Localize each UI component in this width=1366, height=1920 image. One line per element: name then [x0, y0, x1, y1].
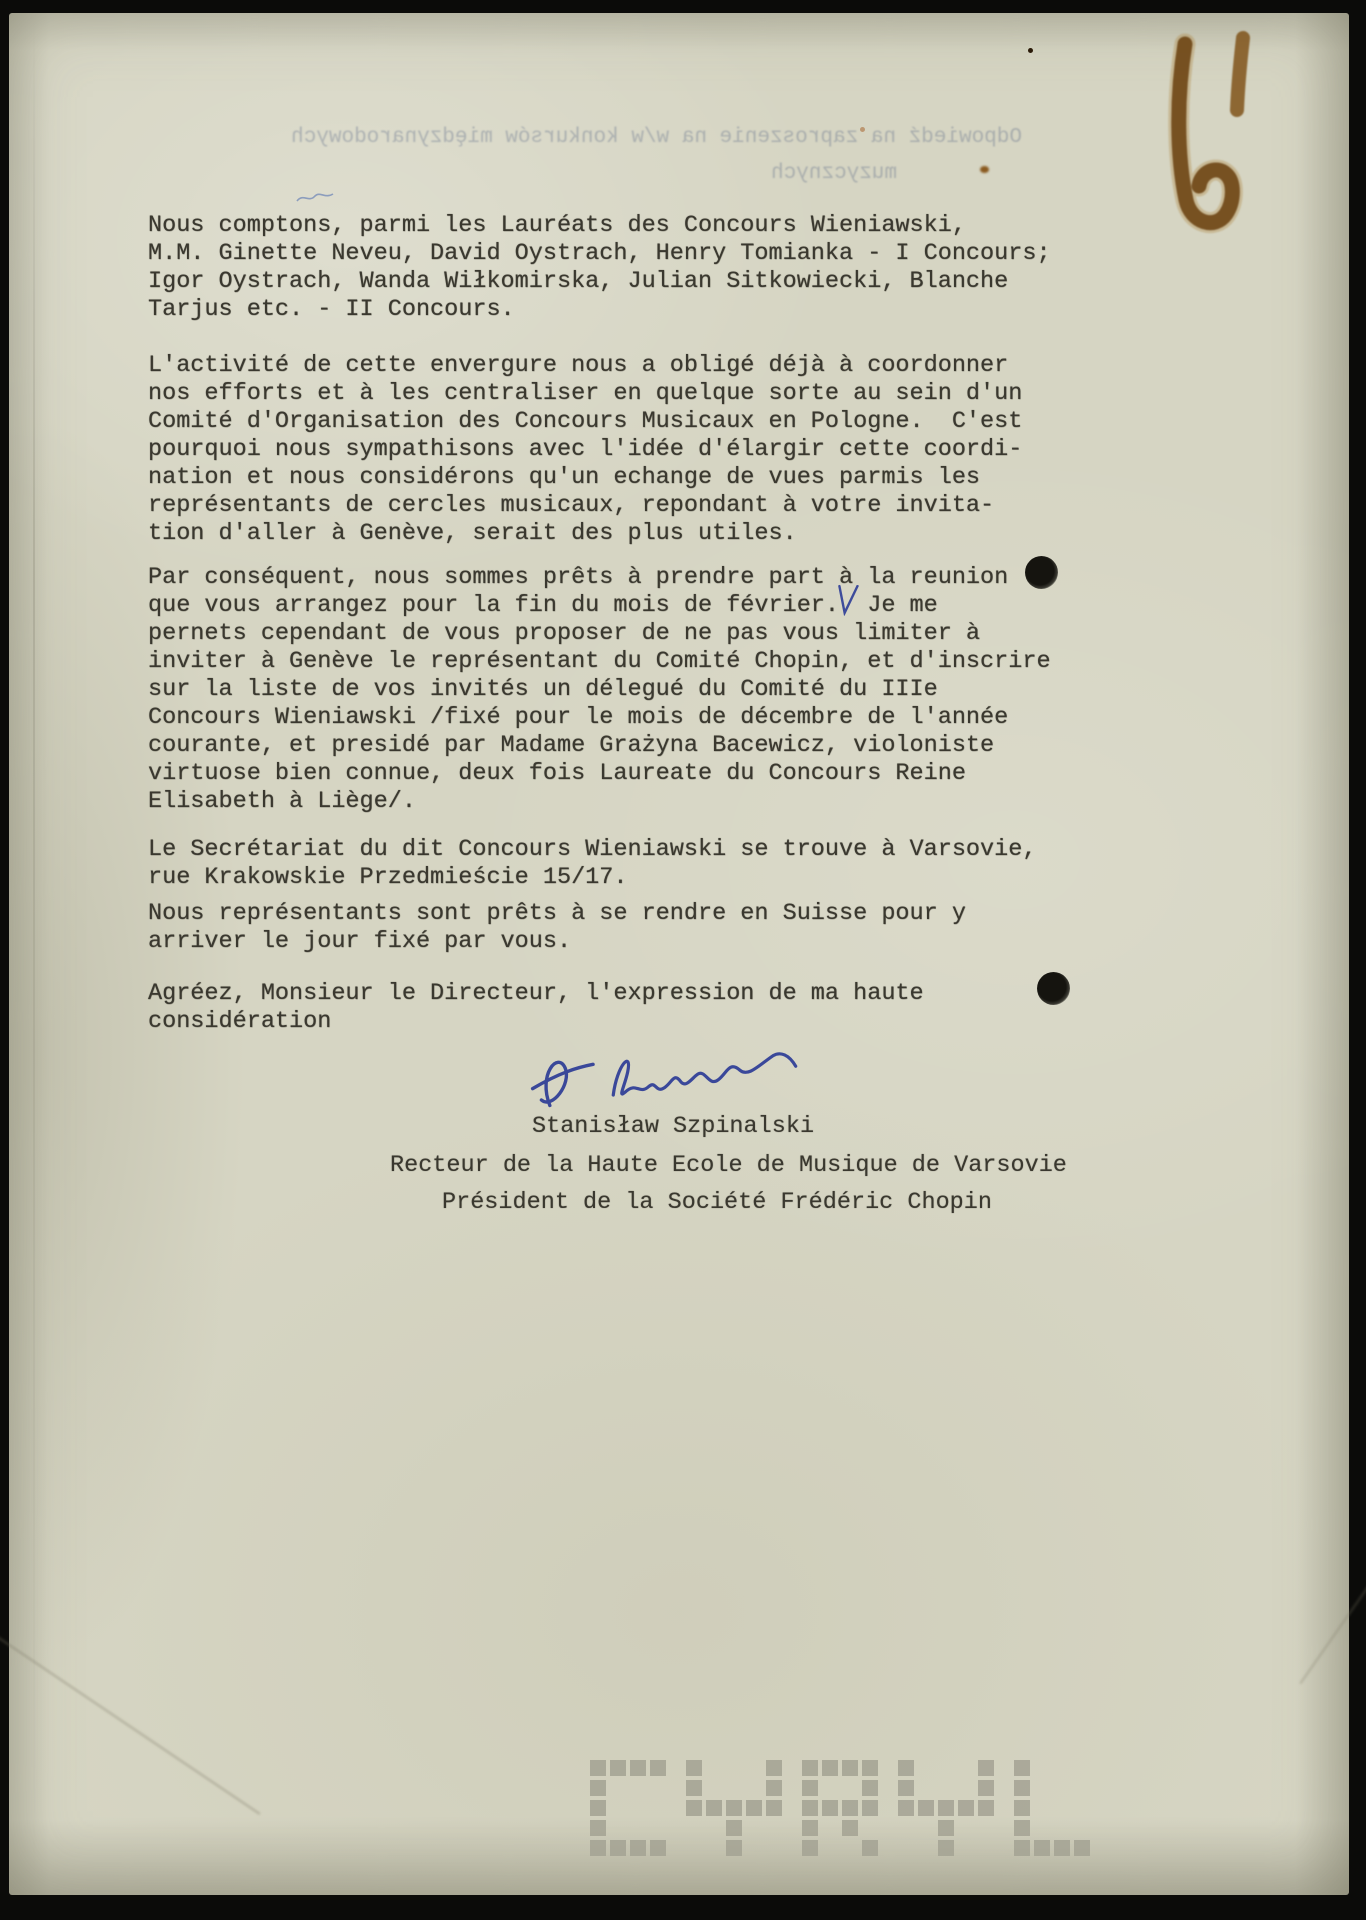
watermark-tile: [686, 1800, 702, 1816]
letter-line: nos efforts et à les centraliser en quel…: [148, 380, 1022, 408]
watermark-letter: [686, 1760, 782, 1856]
letter-line: représentants de cercles musicaux, repon…: [148, 492, 1022, 520]
watermark-tile: [1034, 1800, 1050, 1816]
watermark-tile: [766, 1780, 782, 1796]
watermark-tile: [918, 1820, 934, 1836]
letter-line: Nous comptons, parmi les Lauréats des Co…: [148, 212, 1051, 240]
watermark-tile: [1074, 1760, 1090, 1776]
watermark-tile: [918, 1800, 934, 1816]
watermark-tile: [590, 1840, 606, 1856]
watermark-tile: [650, 1780, 666, 1796]
watermark-tile: [1074, 1800, 1090, 1816]
watermark-tile: [918, 1760, 934, 1776]
watermark-tile: [686, 1780, 702, 1796]
watermark-tile: [746, 1820, 762, 1836]
watermark-tile: [630, 1800, 646, 1816]
cyryl-watermark: [590, 1760, 1110, 1856]
watermark-tile: [706, 1800, 722, 1816]
watermark-tile: [862, 1760, 878, 1776]
letter-line: Concours Wieniawski /fixé pour le mois d…: [148, 704, 1051, 732]
watermark-tile: [766, 1820, 782, 1836]
watermark-tile: [802, 1780, 818, 1796]
letter-line: Comité d'Organisation des Concours Music…: [148, 408, 1022, 436]
watermark-tile: [938, 1780, 954, 1796]
watermark-tile: [898, 1800, 914, 1816]
watermark-tile: [686, 1840, 702, 1856]
watermark-tile: [898, 1820, 914, 1836]
watermark-tile: [862, 1840, 878, 1856]
watermark-tile: [1034, 1840, 1050, 1856]
watermark-tile: [842, 1760, 858, 1776]
watermark-tile: [706, 1780, 722, 1796]
watermark-tile: [822, 1760, 838, 1776]
signatory-name: Stanisław Szpinalski: [532, 1113, 814, 1141]
paragraph: Par conséquent, nous sommes prêts à pren…: [148, 564, 1051, 816]
watermark-tile: [842, 1820, 858, 1836]
watermark-tile: [746, 1760, 762, 1776]
watermark-tile: [686, 1760, 702, 1776]
watermark-tile: [822, 1800, 838, 1816]
letter-line: Igor Oystrach, Wanda Wiłkomirska, Julian…: [148, 268, 1051, 296]
letter-line: Agréez, Monsieur le Directeur, l'express…: [148, 980, 924, 1008]
watermark-tile: [978, 1800, 994, 1816]
watermark-tile: [706, 1840, 722, 1856]
watermark-tile: [1014, 1780, 1030, 1796]
watermark-tile: [802, 1840, 818, 1856]
watermark-tile: [898, 1780, 914, 1796]
paragraph: Nous représentants sont prêts à se rendr…: [148, 900, 966, 956]
watermark-tile: [1074, 1820, 1090, 1836]
letter-line: Le Secrétariat du dit Concours Wieniawsk…: [148, 836, 1036, 864]
letter-line: Nous représentants sont prêts à se rendr…: [148, 900, 966, 928]
watermark-tile: [590, 1760, 606, 1776]
watermark-tile: [1054, 1800, 1070, 1816]
letter-line: M.M. Ginette Neveu, David Oystrach, Henr…: [148, 240, 1051, 268]
watermark-tile: [726, 1800, 742, 1816]
watermark-letter: [590, 1760, 666, 1856]
watermark-tile: [1054, 1780, 1070, 1796]
letter-line: pourquoi nous sympathisons avec l'idée d…: [148, 436, 1022, 464]
watermark-tile: [610, 1760, 626, 1776]
watermark-tile: [958, 1820, 974, 1836]
watermark-tile: [1054, 1840, 1070, 1856]
watermark-tile: [1054, 1760, 1070, 1776]
watermark-tile: [590, 1780, 606, 1796]
watermark-letter: [802, 1760, 878, 1856]
watermark-tile: [842, 1800, 858, 1816]
watermark-tile: [938, 1760, 954, 1776]
watermark-tile: [590, 1820, 606, 1836]
watermark-tile: [706, 1820, 722, 1836]
watermark-tile: [610, 1800, 626, 1816]
pencil-scribble: [295, 189, 335, 207]
watermark-tile: [938, 1800, 954, 1816]
bleedthrough-text: muzycznych: [657, 161, 897, 187]
watermark-tile: [802, 1800, 818, 1816]
letter-line: inviter à Genève le représentant du Comi…: [148, 648, 1051, 676]
letter-line: L'activité de cette envergure nous a obl…: [148, 352, 1022, 380]
watermark-tile: [650, 1760, 666, 1776]
watermark-tile: [1014, 1820, 1030, 1836]
watermark-tile: [650, 1800, 666, 1816]
letter-line: virtuose bien connue, deux fois Laureate…: [148, 760, 1051, 788]
paper-sheet: Odpowiedź na zaproszenie na w/w konkursó…: [9, 13, 1349, 1895]
watermark-tile: [1074, 1780, 1090, 1796]
watermark-tile: [862, 1820, 878, 1836]
signatory-title-1: Recteur de la Haute Ecole de Musique de …: [390, 1152, 1067, 1180]
watermark-tile: [766, 1840, 782, 1856]
ink-stain: [1161, 30, 1271, 260]
ink-speck: [1028, 48, 1033, 53]
watermark-tile: [802, 1760, 818, 1776]
watermark-tile: [766, 1800, 782, 1816]
letter-line: tion d'aller à Genève, serait des plus u…: [148, 520, 1022, 548]
watermark-tile: [726, 1780, 742, 1796]
watermark-tile: [898, 1760, 914, 1776]
watermark-tile: [1014, 1800, 1030, 1816]
watermark-tile: [590, 1800, 606, 1816]
watermark-tile: [938, 1820, 954, 1836]
watermark-tile: [978, 1760, 994, 1776]
letter-line: courante, et presidé par Madame Grażyna …: [148, 732, 1051, 760]
letter-line: que vous arrangez pour la fin du mois de…: [148, 592, 1051, 620]
watermark-tile: [822, 1820, 838, 1836]
watermark-tile: [958, 1800, 974, 1816]
watermark-tile: [1014, 1840, 1030, 1856]
watermark-tile: [918, 1780, 934, 1796]
watermark-tile: [1034, 1760, 1050, 1776]
watermark-tile: [978, 1840, 994, 1856]
letter-line: arriver le jour fixé par vous.: [148, 928, 966, 956]
watermark-tile: [802, 1820, 818, 1836]
watermark-tile: [1074, 1840, 1090, 1856]
handwritten-signature: [518, 1025, 823, 1126]
watermark-tile: [630, 1760, 646, 1776]
watermark-tile: [978, 1820, 994, 1836]
letter-line: Tarjus etc. - II Concours.: [148, 296, 1051, 324]
watermark-tile: [630, 1780, 646, 1796]
watermark-tile: [630, 1820, 646, 1836]
watermark-tile: [610, 1840, 626, 1856]
letter-line: Elisabeth à Liège/.: [148, 788, 1051, 816]
watermark-tile: [650, 1840, 666, 1856]
watermark-tile: [1034, 1780, 1050, 1796]
letter-line: rue Krakowskie Przedmieście 15/17.: [148, 864, 1036, 892]
paragraph: Le Secrétariat du dit Concours Wieniawsk…: [148, 836, 1036, 892]
watermark-tile: [822, 1780, 838, 1796]
watermark-tile: [822, 1840, 838, 1856]
watermark-tile: [918, 1840, 934, 1856]
watermark-tile: [958, 1760, 974, 1776]
watermark-tile: [630, 1840, 646, 1856]
watermark-tile: [610, 1780, 626, 1796]
watermark-tile: [610, 1820, 626, 1836]
watermark-tile: [862, 1780, 878, 1796]
watermark-tile: [958, 1840, 974, 1856]
watermark-tile: [706, 1760, 722, 1776]
letter-line: nation et nous considérons qu'un echange…: [148, 464, 1022, 492]
watermark-tile: [862, 1800, 878, 1816]
watermark-tile: [746, 1780, 762, 1796]
ink-dot: [1037, 972, 1070, 1005]
signatory-title-2: Président de la Société Frédéric Chopin: [442, 1189, 992, 1217]
ink-dot: [1025, 556, 1058, 589]
watermark-tile: [1054, 1820, 1070, 1836]
watermark-tile: [1014, 1760, 1030, 1776]
watermark-tile: [1034, 1820, 1050, 1836]
paper-crease: [33, 13, 35, 1895]
watermark-tile: [726, 1820, 742, 1836]
handwritten-check-mark: [833, 583, 860, 617]
watermark-tile: [842, 1840, 858, 1856]
watermark-tile: [650, 1820, 666, 1836]
paper-crease: [1299, 1544, 1366, 1684]
paragraph: Nous comptons, parmi les Lauréats des Co…: [148, 212, 1051, 324]
paragraph: L'activité de cette envergure nous a obl…: [148, 352, 1022, 548]
letter-line: Par conséquent, nous sommes prêts à pren…: [148, 564, 1051, 592]
letter-line: pernets cependant de vous proposer de ne…: [148, 620, 1051, 648]
ink-speck: [860, 127, 865, 132]
letter-line: sur la liste de vos invités un délegué d…: [148, 676, 1051, 704]
watermark-tile: [686, 1820, 702, 1836]
watermark-tile: [726, 1760, 742, 1776]
paper-crease: [0, 1623, 260, 1815]
watermark-tile: [766, 1760, 782, 1776]
bleedthrough-text: Odpowiedź na zaproszenie na w/w konkursó…: [117, 125, 1022, 151]
scanned-page: Odpowiedź na zaproszenie na w/w konkursó…: [0, 0, 1366, 1920]
watermark-letter: [898, 1760, 994, 1856]
watermark-letter: [1014, 1760, 1090, 1856]
watermark-tile: [958, 1780, 974, 1796]
watermark-tile: [746, 1800, 762, 1816]
watermark-tile: [726, 1840, 742, 1856]
watermark-tile: [938, 1840, 954, 1856]
watermark-tile: [898, 1840, 914, 1856]
watermark-tile: [842, 1780, 858, 1796]
watermark-tile: [746, 1840, 762, 1856]
ink-speck: [980, 166, 989, 173]
watermark-tile: [978, 1780, 994, 1796]
